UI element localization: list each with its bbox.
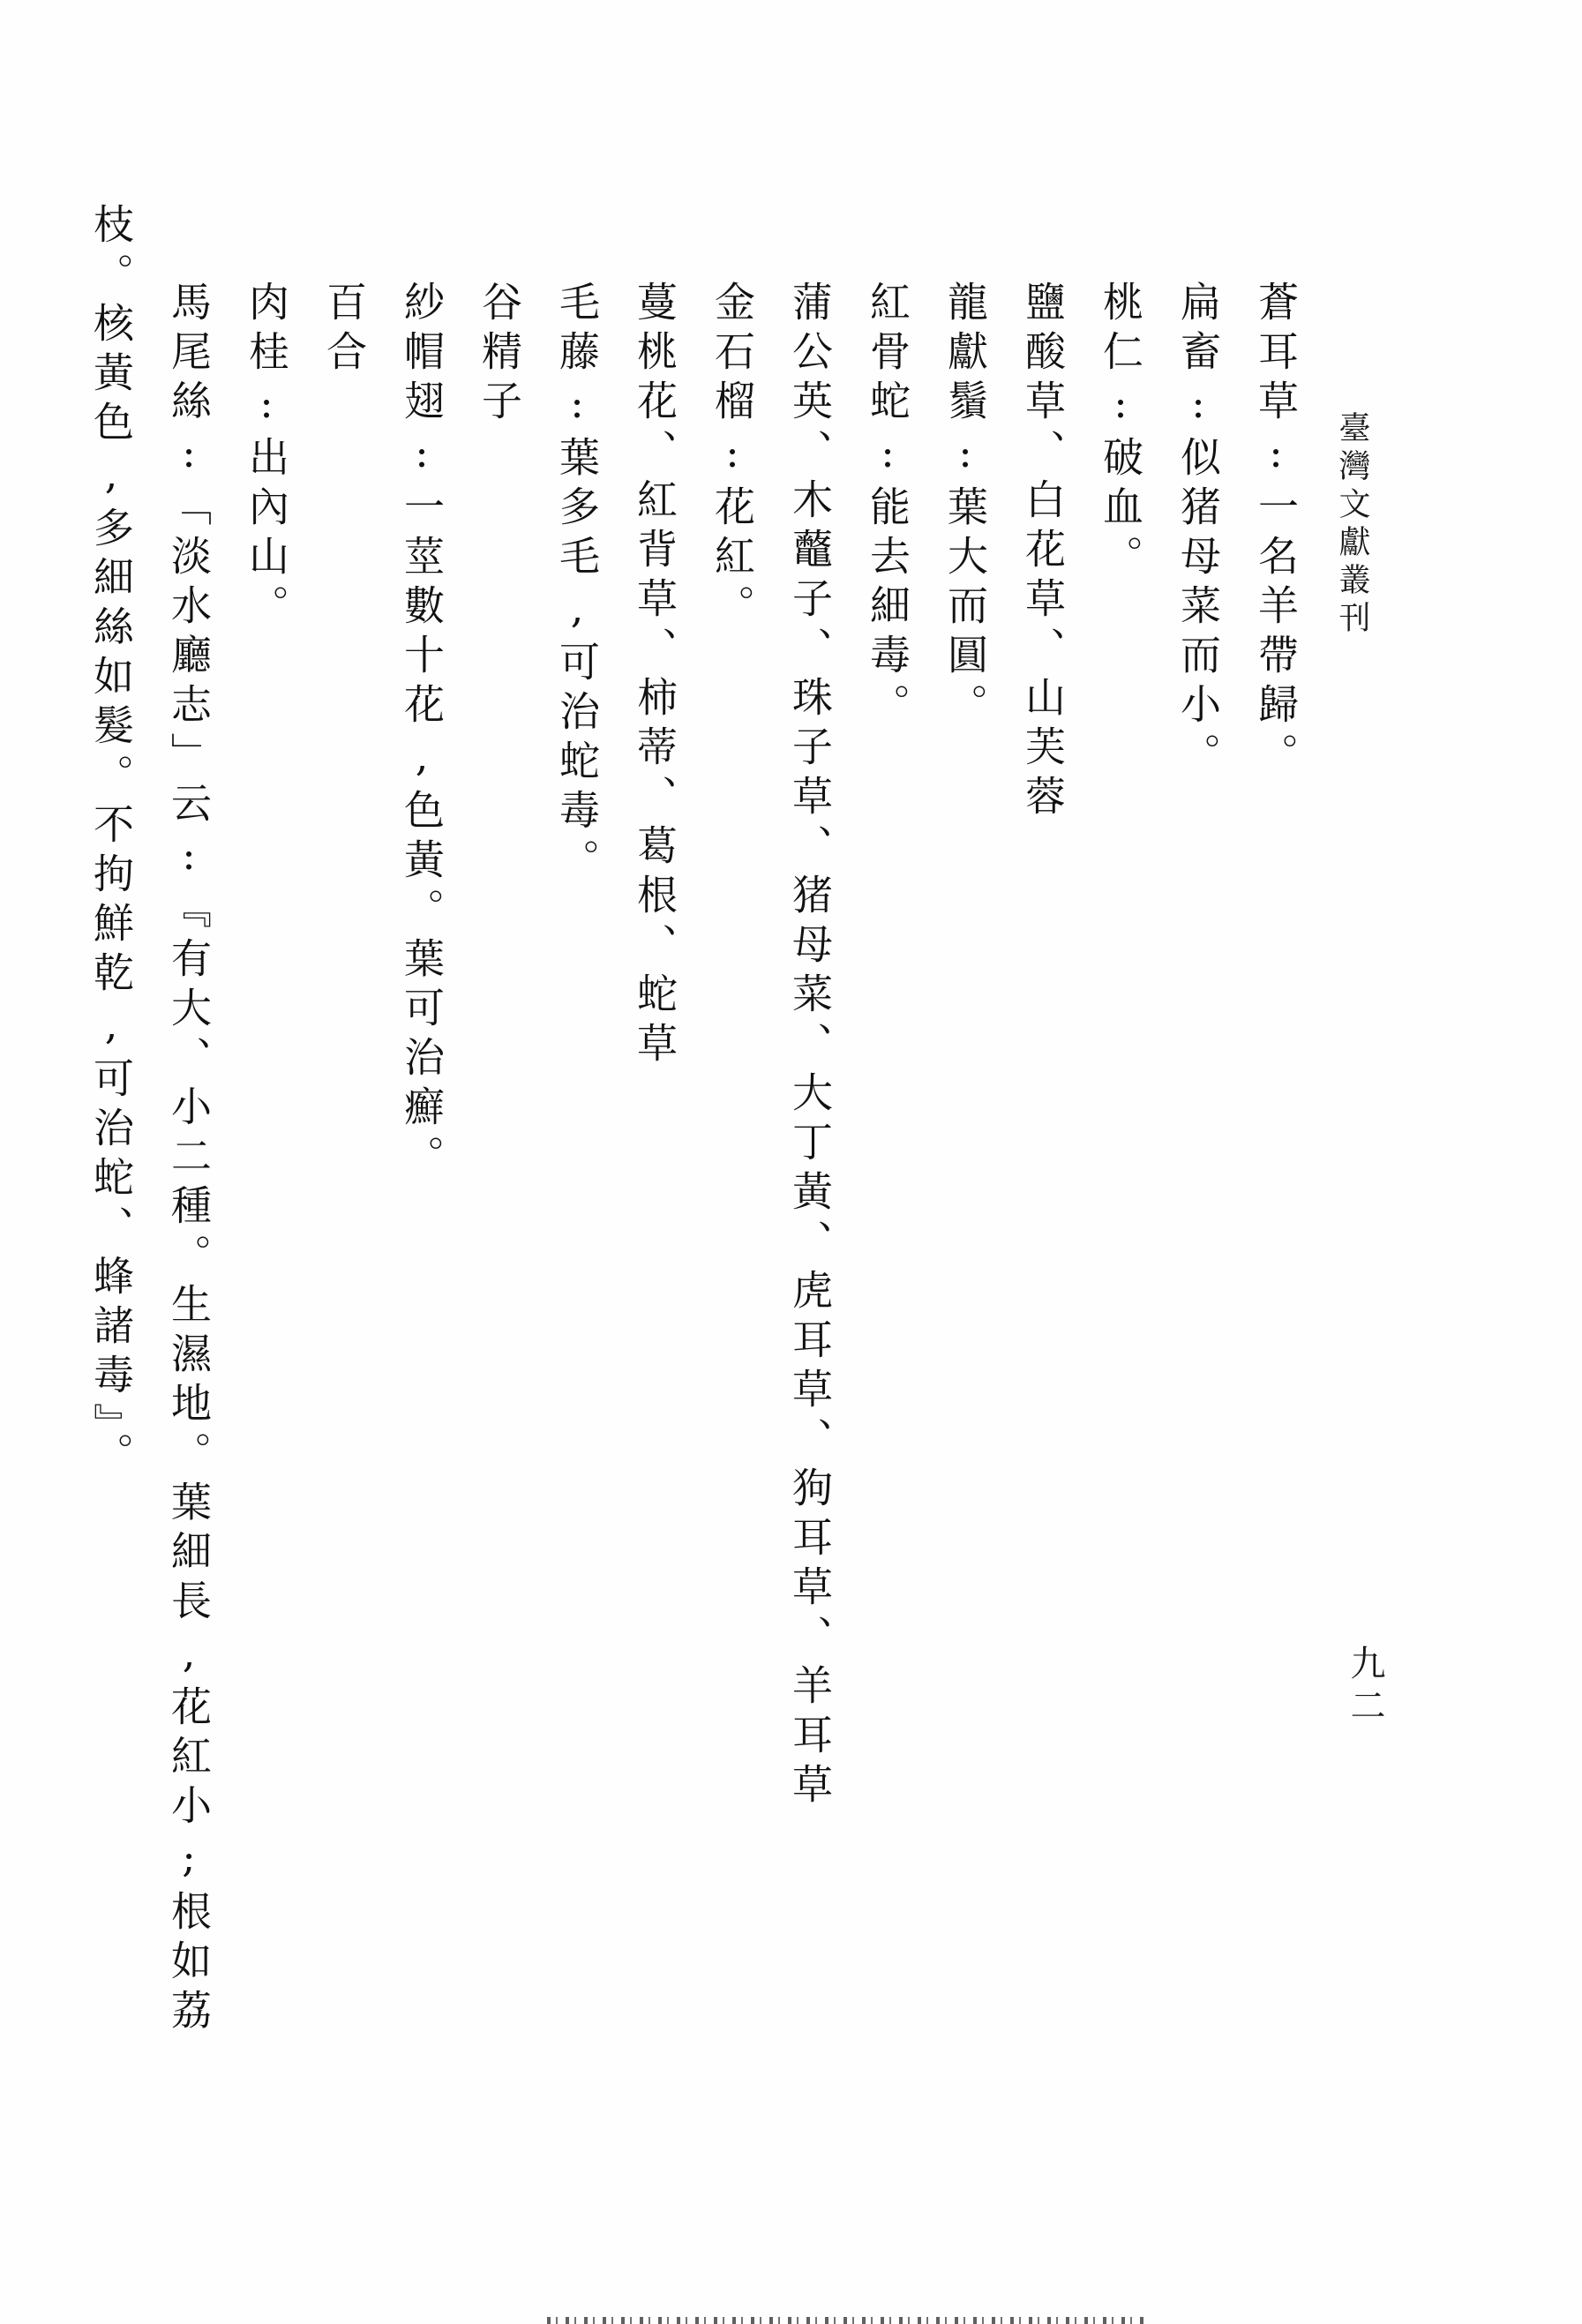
text-block: 蒼耳草:一名羊帶歸。 扁畜:似猪母菜而小。 桃仁:破血。 鹽酸草、白花草、山芙蓉…: [62, 203, 1315, 2100]
entry-gujingzi: 谷精子: [461, 203, 538, 2100]
page-number: 九二: [1343, 1645, 1391, 1768]
entry-longxianxu: 龍獻鬚:葉大而圓。: [926, 203, 1004, 2100]
entry-shamaochi: 紗帽翅:一莖數十花,色黃。葉可治癬。: [383, 203, 461, 2100]
entry-maweisi: 馬尾絲:「淡水廳志」云:『有大、小二種。生濕地。葉細長,花紅小;根如荔枝。核黃色…: [72, 203, 228, 2100]
running-head-title: 臺灣文獻叢刊: [1329, 411, 1375, 676]
entry-pugongying: 蒲公英、木虌子、珠子草、猪母菜、大丁黃、虎耳草、狗耳草、羊耳草: [771, 203, 849, 2100]
entry-taoren: 桃仁:破血。: [1082, 203, 1159, 2100]
entry-bianchu: 扁畜:似猪母菜而小。: [1159, 203, 1237, 2100]
scanned-book-page: 臺灣文獻叢刊 九二 蒼耳草:一名羊帶歸。 扁畜:似猪母菜而小。 桃仁:破血。 鹽…: [0, 0, 1582, 2324]
entry-maoteng: 毛藤:葉多毛,可治蛇毒。: [538, 203, 616, 2100]
entry-jinshiliu: 金石榴:花紅。: [694, 203, 771, 2100]
entry-honggushe: 紅骨蛇:能去細毒。: [849, 203, 926, 2100]
entry-cangercao: 蒼耳草:一名羊帶歸。: [1237, 203, 1315, 2100]
print-artifact: [547, 2317, 1147, 2324]
entry-mantaohua: 蔓桃花、紅背草、柿蒂、葛根、蛇草: [616, 203, 694, 2100]
entry-rougui: 肉桂:出內山。: [228, 203, 305, 2100]
entry-baihe: 百合: [305, 203, 383, 2100]
entry-yansuancao: 鹽酸草、白花草、山芙蓉: [1004, 203, 1082, 2100]
